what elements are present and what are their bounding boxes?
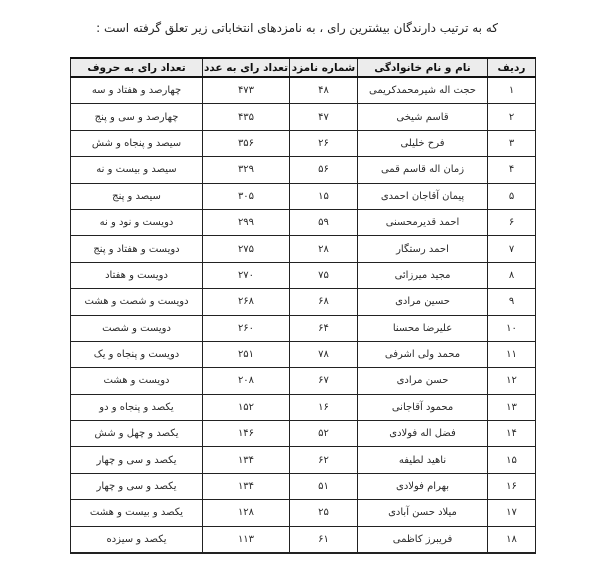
cell-votes-words: سیصد و پنج: [71, 183, 203, 209]
cell-name: قاسم شیخی: [358, 104, 488, 130]
cell-rank: ۷: [488, 236, 536, 262]
cell-rank: ۱۳: [488, 394, 536, 420]
cell-candidate-number: ۶۲: [290, 447, 358, 473]
cell-votes-words: چهارصد و هفتاد و سه: [71, 77, 203, 104]
cell-rank: ۴: [488, 157, 536, 183]
cell-name: محمد ولی اشرفی: [358, 341, 488, 367]
cell-votes-words: سیصد و بیست و نه: [71, 157, 203, 183]
table-row: ۱ حجت اله شیرمحمدکریمی ۴۸ ۴۷۳ چهارصد و ه…: [71, 77, 536, 104]
cell-name: زمان اله قاسم قمی: [358, 157, 488, 183]
table-row: ۶ احمد قدیرمحسنی ۵۹ ۲۹۹ دویست و نود و نه: [71, 209, 536, 235]
cell-name: محمود آقاجانی: [358, 394, 488, 420]
table-row: ۱۰ علیرضا محسنا ۶۴ ۲۶۰ دویست و شصت: [71, 315, 536, 341]
cell-votes-words: دویست و هشت: [71, 368, 203, 394]
cell-votes-numeric: ۱۳۴: [203, 447, 290, 473]
cell-rank: ۱۵: [488, 447, 536, 473]
cell-rank: ۶: [488, 209, 536, 235]
cell-votes-words: سیصد و پنجاه و شش: [71, 130, 203, 156]
table-row: ۲ قاسم شیخی ۴۷ ۴۳۵ چهارصد و سی و پنج: [71, 104, 536, 130]
table-row: ۴ زمان اله قاسم قمی ۵۶ ۳۲۹ سیصد و بیست و…: [71, 157, 536, 183]
cell-name: فرح خلیلی: [358, 130, 488, 156]
cell-votes-numeric: ۲۰۸: [203, 368, 290, 394]
table-row: ۷ احمد رستگار ۲۸ ۲۷۵ دویست و هفتاد و پنج: [71, 236, 536, 262]
cell-name: احمد رستگار: [358, 236, 488, 262]
cell-name: علیرضا محسنا: [358, 315, 488, 341]
table-row: ۳ فرح خلیلی ۲۶ ۳۵۶ سیصد و پنجاه و شش: [71, 130, 536, 156]
cell-votes-words: دویست و شصت و هشت: [71, 289, 203, 315]
cell-votes-words: دویست و هفتاد و پنج: [71, 236, 203, 262]
cell-votes-words: دویست و پنجاه و یک: [71, 341, 203, 367]
cell-candidate-number: ۵۱: [290, 473, 358, 499]
cell-votes-numeric: ۱۱۳: [203, 526, 290, 553]
table-header-row: ردیف نام و نام خانوادگی شماره نامزد تعدا…: [71, 58, 536, 77]
cell-votes-numeric: ۳۲۹: [203, 157, 290, 183]
cell-votes-numeric: ۱۳۴: [203, 473, 290, 499]
cell-name: فضل اله فولادی: [358, 421, 488, 447]
cell-candidate-number: ۲۵: [290, 500, 358, 526]
cell-votes-numeric: ۲۵۱: [203, 341, 290, 367]
cell-rank: ۹: [488, 289, 536, 315]
cell-candidate-number: ۱۶: [290, 394, 358, 420]
table-row: ۱۲ حسن مرادی ۶۷ ۲۰۸ دویست و هشت: [71, 368, 536, 394]
cell-votes-words: دویست و هفتاد: [71, 262, 203, 288]
cell-rank: ۵: [488, 183, 536, 209]
cell-votes-words: یکصد و سی و چهار: [71, 447, 203, 473]
cell-candidate-number: ۶۷: [290, 368, 358, 394]
cell-rank: ۱۱: [488, 341, 536, 367]
cell-candidate-number: ۴۷: [290, 104, 358, 130]
cell-name: مجید میرزائی: [358, 262, 488, 288]
table-row: ۱۸ فریبرز کاظمی ۶۱ ۱۱۳ یکصد و سیزده: [71, 526, 536, 553]
cell-name: فریبرز کاظمی: [358, 526, 488, 553]
cell-votes-words: دویست و نود و نه: [71, 209, 203, 235]
table-row: ۱۶ بهرام فولادی ۵۱ ۱۳۴ یکصد و سی و چهار: [71, 473, 536, 499]
cell-votes-numeric: ۲۷۰: [203, 262, 290, 288]
cell-votes-numeric: ۳۵۶: [203, 130, 290, 156]
cell-rank: ۱۸: [488, 526, 536, 553]
cell-candidate-number: ۵۹: [290, 209, 358, 235]
table-row: ۹ حسین مرادی ۶۸ ۲۶۸ دویست و شصت و هشت: [71, 289, 536, 315]
table-row: ۵ پیمان آقاجان احمدی ۱۵ ۳۰۵ سیصد و پنج: [71, 183, 536, 209]
cell-candidate-number: ۶۱: [290, 526, 358, 553]
cell-rank: ۱۲: [488, 368, 536, 394]
cell-candidate-number: ۷۵: [290, 262, 358, 288]
cell-votes-words: یکصد و چهل و شش: [71, 421, 203, 447]
cell-votes-numeric: ۱۲۸: [203, 500, 290, 526]
cell-votes-numeric: ۱۴۶: [203, 421, 290, 447]
cell-candidate-number: ۲۸: [290, 236, 358, 262]
cell-votes-numeric: ۲۹۹: [203, 209, 290, 235]
table-row: ۱۱ محمد ولی اشرفی ۷۸ ۲۵۱ دویست و پنجاه و…: [71, 341, 536, 367]
cell-candidate-number: ۶۴: [290, 315, 358, 341]
cell-rank: ۳: [488, 130, 536, 156]
cell-name: حسن مرادی: [358, 368, 488, 394]
intro-text: که به ترتیب دارندگان بیشترین رای ، به نا…: [60, 20, 498, 36]
header-votes-words: تعداد رای به حروف: [71, 58, 203, 77]
cell-votes-numeric: ۱۵۲: [203, 394, 290, 420]
table-row: ۱۴ فضل اله فولادی ۵۲ ۱۴۶ یکصد و چهل و شش: [71, 421, 536, 447]
cell-candidate-number: ۵۶: [290, 157, 358, 183]
cell-votes-words: دویست و شصت: [71, 315, 203, 341]
cell-votes-numeric: ۲۶۸: [203, 289, 290, 315]
cell-votes-numeric: ۴۷۳: [203, 77, 290, 104]
header-votes-numeric: تعداد رای به عدد: [203, 58, 290, 77]
cell-candidate-number: ۶۸: [290, 289, 358, 315]
cell-rank: ۱: [488, 77, 536, 104]
cell-votes-words: یکصد و بیست و هشت: [71, 500, 203, 526]
cell-name: حسین مرادی: [358, 289, 488, 315]
election-results-table: ردیف نام و نام خانوادگی شماره نامزد تعدا…: [70, 57, 536, 554]
cell-votes-numeric: ۳۰۵: [203, 183, 290, 209]
cell-candidate-number: ۲۶: [290, 130, 358, 156]
cell-votes-numeric: ۲۷۵: [203, 236, 290, 262]
cell-rank: ۱۴: [488, 421, 536, 447]
table-row: ۱۳ محمود آقاجانی ۱۶ ۱۵۲ یکصد و پنجاه و د…: [71, 394, 536, 420]
cell-votes-words: یکصد و سیزده: [71, 526, 203, 553]
header-candidate-number: شماره نامزد: [290, 58, 358, 77]
cell-rank: ۱۶: [488, 473, 536, 499]
table-row: ۸ مجید میرزائی ۷۵ ۲۷۰ دویست و هفتاد: [71, 262, 536, 288]
cell-candidate-number: ۵۲: [290, 421, 358, 447]
cell-name: حجت اله شیرمحمدکریمی: [358, 77, 488, 104]
cell-votes-numeric: ۲۶۰: [203, 315, 290, 341]
cell-name: میلاد حسن آبادی: [358, 500, 488, 526]
header-rank: ردیف: [488, 58, 536, 77]
cell-rank: ۸: [488, 262, 536, 288]
cell-name: احمد قدیرمحسنی: [358, 209, 488, 235]
cell-name: پیمان آقاجان احمدی: [358, 183, 488, 209]
header-name: نام و نام خانوادگی: [358, 58, 488, 77]
table-row: ۱۷ میلاد حسن آبادی ۲۵ ۱۲۸ یکصد و بیست و …: [71, 500, 536, 526]
cell-candidate-number: ۷۸: [290, 341, 358, 367]
cell-votes-numeric: ۴۳۵: [203, 104, 290, 130]
cell-candidate-number: ۱۵: [290, 183, 358, 209]
cell-name: ناهید لطیفه: [358, 447, 488, 473]
cell-rank: ۱۰: [488, 315, 536, 341]
cell-votes-words: یکصد و سی و چهار: [71, 473, 203, 499]
cell-candidate-number: ۴۸: [290, 77, 358, 104]
cell-rank: ۲: [488, 104, 536, 130]
table-row: ۱۵ ناهید لطیفه ۶۲ ۱۳۴ یکصد و سی و چهار: [71, 447, 536, 473]
cell-name: بهرام فولادی: [358, 473, 488, 499]
cell-rank: ۱۷: [488, 500, 536, 526]
cell-votes-words: چهارصد و سی و پنج: [71, 104, 203, 130]
cell-votes-words: یکصد و پنجاه و دو: [71, 394, 203, 420]
